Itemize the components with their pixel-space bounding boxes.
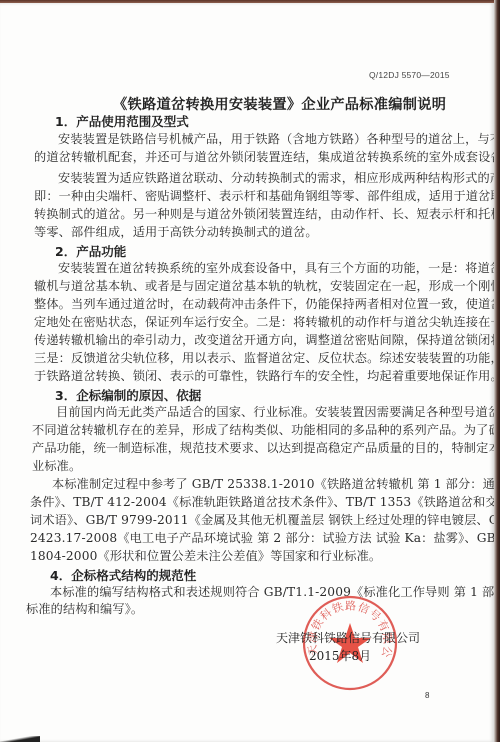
section-2-line: 整体。当列车通过道岔时，在动载荷冲击条件下，仍能保持两者相对位置一致，使道岔稳 [34,296,500,312]
section-3-line: 条件》、TB/T 412-2004《标准轨距铁路道岔技术条件》、TB/T 135… [30,494,500,510]
document-title: 《铁路道岔转换用安装装置》企业产品标准编制说明 [113,94,446,114]
section-4-line: 本标准的编写结构格式和表述规则符合 GB/T1.1-2009《标准化工作导则 第… [50,584,500,600]
section-2-line: 安装装置在道岔转换系统的室外成套设备中，具有三个方面的功能，一是：将道岔转 [58,260,500,276]
section-2-line: 定地处在密贴状态，保证列车运行安全。二是：将转辙机的动作杆与道岔尖轨连接在一起， [34,314,500,330]
section-3-line: 2423.17-2008《电工电子产品环境试验 第 2 部分：试验方法 试验 K… [30,530,500,546]
section-2-line: 辙机与道岔基本轨、或者是与固定道岔基本轨的轨枕，安装固定在一起，形成一个刚性地 [34,278,500,294]
scan-right-edge [494,0,500,742]
section-1-line: 即：一种由尖端杆、密贴调整杆、表示杆和基础角钢组等零、部件组成，适用于道岔联动 [34,188,500,204]
document-page: Q/12DJ 5570—2015 《铁路道岔转换用安装装置》企业产品标准编制说明… [0,3,494,742]
section-3-line: 不同道岔转辙机存在的差异，形成了结构类似、功能相同的多品种的系列产品。为了确保 [32,422,500,438]
section-3-heading: 3．企标编制的原因、依据 [55,386,201,404]
signature-date: 2015年8月 [309,647,371,664]
section-1-line: 安装装置是铁路信号机械产品，用于铁路（含地方铁路）各种型号的道岔上，与不同 [58,131,500,147]
section-3-line: 词术语》、GB/T 9799-2011《金属及其他无机覆盖层 钢铁上经过处理的锌… [30,512,500,528]
section-1-line: 等零、部件组成，适用于高铁分动转换制式的道岔。 [34,224,318,240]
section-3-line: 产品功能，统一制造标准，规范技术要求、以达到提高稳定产品质量的目的，特制定本企 [32,440,500,456]
section-4-line: 标准的结构和编写》。 [26,601,143,617]
section-3-line: 1804-2000《形状和位置公差未注公差值》等国家和行业标准。 [30,548,381,564]
section-1-line: 安装装置为适应铁路道岔联动、分动转换制式的需求，相应形成两种结构形式的产品。 [58,170,500,186]
section-1-line: 的道岔转辙机配套，并还可与道岔外锁闭装置连结，集成道岔转换系统的室外成套设备。 [34,149,500,165]
section-2-line: 于铁路道岔转换、锁闭、表示的可靠性，铁路行车的安全性，均起着重要地保证作用。 [34,368,500,384]
page-number: 8 [425,691,429,700]
section-2-line: 传递转辙机输出的牵引动力，改变道岔开通方向，调整道岔密贴间隙，保持道岔锁闭状态。 [34,332,500,348]
section-2-heading: 2．产品功能 [55,242,126,260]
section-3-line: 本标准制定过程中参考了 GB/T 25338.1-2010《铁路道岔转辙机 第 … [52,476,500,492]
section-1-heading: 1．产品使用范围及型式 [55,112,189,130]
section-2-line: 三是：反馈道岔尖轨位移，用以表示、监督道岔定、反位状态。综述安装装置的功能，对 [34,350,500,366]
section-4-heading: 4．企标格式结构的规范性 [50,566,196,584]
document-code: Q/12DJ 5570—2015 [369,70,450,80]
section-3-line: 业标准。 [32,458,81,474]
signature-company: 天津铁科铁路信号有限公司 [276,629,420,646]
section-3-line: 目前国内尚无此类产品适合的国家、行业标准。安装装置因需要满足各种型号道岔和 [56,404,500,420]
scan-corner-shadow [0,736,40,742]
section-1-line: 转换制式的道岔。另一种则是与道岔外锁闭装置连结，由动作杆、长、短表示杆和托板组 [34,206,500,222]
